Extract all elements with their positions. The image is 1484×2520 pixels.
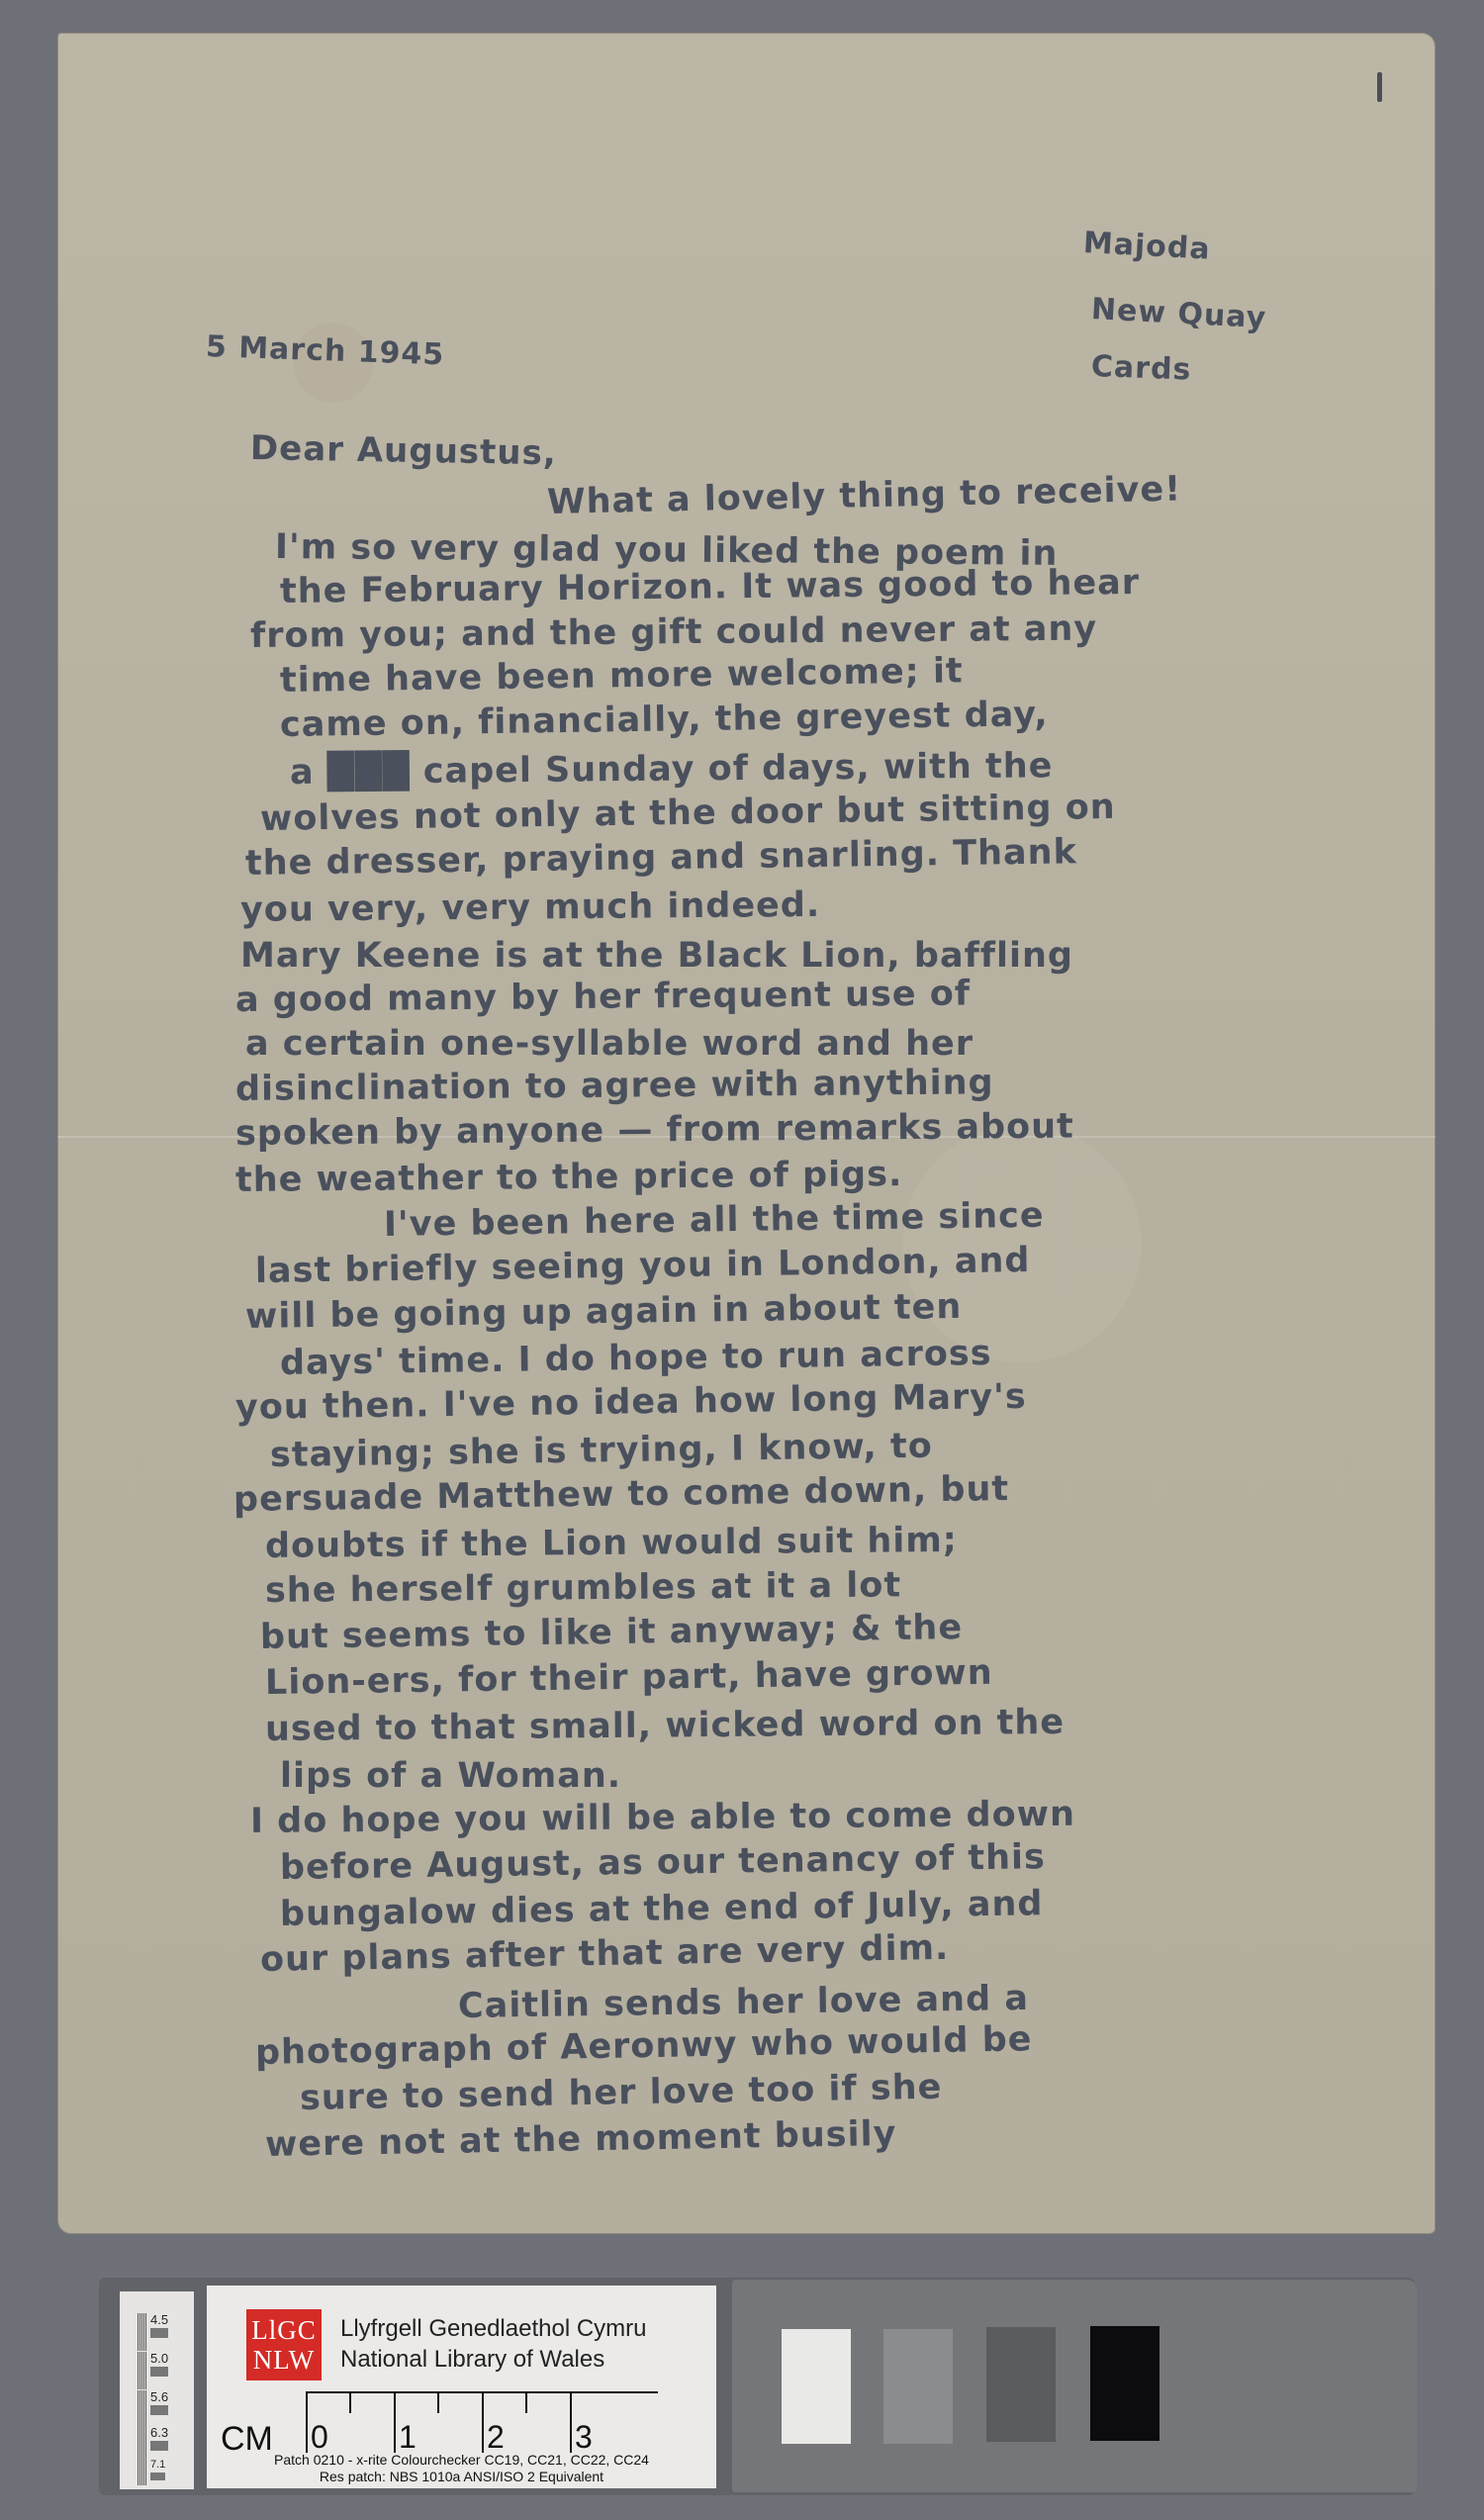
resolution-label: 7.1: [150, 2458, 165, 2480]
ruler-tick: [570, 2391, 572, 2453]
letter-line: will be going up again in about ten: [245, 1287, 963, 1337]
letter-line: the February Horizon. It was good to hea…: [280, 563, 1140, 611]
letter-line: you very, very much indeed.: [240, 886, 821, 930]
letter-line: I've been here all the time since: [384, 1196, 1045, 1245]
ruler-tick: [349, 2391, 351, 2413]
letter-line: a ███ capel Sunday of days, with the: [290, 746, 1054, 793]
letter-line: from you; and the gift could never at an…: [250, 609, 1097, 656]
address-line-3: Cards: [1090, 349, 1192, 388]
logo-line-2: NLW: [246, 2345, 322, 2375]
patch-info-line-2: Res patch: NBS 1010a ANSI/ISO 2 Equivale…: [207, 2469, 716, 2484]
letter-line: the dresser, praying and snarling. Thank: [245, 832, 1077, 884]
letter-line: came on, financially, the greyest day,: [280, 695, 1049, 745]
ruler-number: 1: [399, 2419, 417, 2456]
letter-line: staying; she is trying, I know, to: [270, 1427, 933, 1475]
letter-line: doubts if the Lion would suit him;: [265, 1521, 958, 1566]
letter-line: Lion-ers, for their part, have grown: [265, 1653, 993, 1703]
ruler-number: 3: [575, 2419, 593, 2456]
resolution-patch-card: 4.5 5.0 5.6 6.3 7.1: [120, 2291, 194, 2489]
letter-line: lips of a Woman.: [280, 1756, 621, 1796]
letter-line: What a lovely thing to receive!: [547, 470, 1182, 522]
resolution-label: 5.0: [150, 2352, 168, 2377]
resolution-bars-icon: [138, 2458, 147, 2485]
letter-line: Caitlin sends her love and a: [458, 1979, 1029, 2026]
ruler-tick: [394, 2391, 396, 2453]
resolution-bars-icon: [138, 2352, 147, 2389]
ruler-tick: [525, 2391, 527, 2413]
patch-info-line-1: Patch 0210 - x-rite Colourchecker CC19, …: [207, 2452, 716, 2468]
ruler-tick: [306, 2391, 308, 2453]
letter-line: sure to send her love too if she: [300, 2068, 943, 2118]
resolution-label: 4.5: [150, 2313, 168, 2338]
page-number-mark: [1377, 72, 1382, 102]
ruler-tick: [437, 2391, 439, 2413]
letter-line: a good many by her frequent use of: [235, 975, 971, 1020]
resolution-patch: 4.5: [138, 2313, 168, 2351]
letter-line: our plans after that are very dim.: [260, 1928, 950, 1980]
letter-line: I do hope you will be able to come down: [250, 1795, 1075, 1841]
letter-line: disinclination to agree with anything: [235, 1063, 994, 1109]
letter-line: spoken by anyone — from remarks about: [235, 1107, 1074, 1154]
resolution-patch: 7.1: [138, 2458, 165, 2485]
resolution-bars-icon: [138, 2313, 147, 2351]
ruler-tick: [482, 2391, 484, 2453]
grey-swatch-panel: [732, 2280, 1417, 2492]
letter-line: you then. I've no idea how long Mary's: [235, 1377, 1027, 1428]
letter-date: 5 March 1945: [205, 329, 444, 372]
resolution-bars-icon: [138, 2390, 147, 2428]
resolution-label: 5.6: [150, 2390, 168, 2415]
library-name-welsh: Llyfrgell Genedlaethol Cymru: [340, 2313, 646, 2344]
letter-line: were not at the moment busily: [265, 2114, 897, 2165]
white-swatch: [782, 2329, 851, 2444]
letter-line: photograph of Aeronwy who would be: [255, 2019, 1033, 2073]
address-line-2: New Quay: [1090, 292, 1267, 335]
letter-page: Majoda New Quay Cards 5 March 1945 Dear …: [57, 33, 1436, 2234]
letter-line: used to that small, wicked word on the: [265, 1703, 1065, 1749]
letter-line: last briefly seeing you in London, and: [255, 1241, 1031, 1291]
light-grey-swatch: [883, 2329, 953, 2444]
library-label-card: LlGC NLW Llyfrgell Genedlaethol Cymru Na…: [207, 2286, 716, 2488]
resolution-label: 6.3: [150, 2426, 168, 2451]
salutation: Dear Augustus,: [250, 428, 557, 473]
letter-line: wolves not only at the door but sitting …: [260, 788, 1116, 839]
letter-line: days' time. I do hope to run across: [280, 1334, 992, 1383]
library-name: Llyfrgell Genedlaethol Cymru National Li…: [340, 2313, 646, 2375]
letter-line: time have been more welcome; it: [280, 651, 964, 700]
letter-line: but seems to like it anyway; & the: [260, 1608, 964, 1657]
ruler-number: 2: [487, 2419, 505, 2456]
cm-ruler: 0 1 2 3: [306, 2391, 658, 2451]
logo-line-1: LlGC: [246, 2315, 322, 2345]
letter-line: Mary Keene is at the Black Lion, bafflin…: [240, 936, 1073, 976]
resolution-patch: 5.6: [138, 2390, 168, 2428]
address-line-1: Majoda: [1082, 226, 1211, 267]
letter-line: bungalow dies at the end of July, and: [280, 1884, 1044, 1934]
black-swatch: [1090, 2326, 1159, 2441]
letter-line: the weather to the price of pigs.: [235, 1155, 903, 1200]
dark-grey-swatch: [986, 2327, 1056, 2442]
letter-line: she herself grumbles at it a lot: [265, 1565, 901, 1611]
letter-line: a certain one-syllable word and her: [245, 1024, 974, 1064]
library-name-english: National Library of Wales: [340, 2344, 646, 2375]
ruler-number: 0: [311, 2419, 328, 2456]
letter-line: persuade Matthew to come down, but: [233, 1469, 1010, 1520]
resolution-patch: 5.0: [138, 2352, 168, 2389]
llgc-nlw-logo: LlGC NLW: [246, 2309, 322, 2380]
letter-line: before August, as our tenancy of this: [280, 1837, 1046, 1888]
